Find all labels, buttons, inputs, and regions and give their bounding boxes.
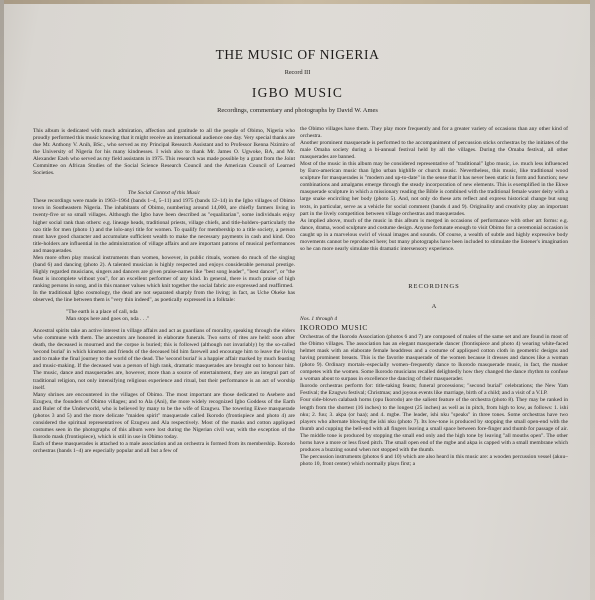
body-paragraph: Men more often play musical instruments …	[33, 255, 295, 290]
body-paragraph: In the traditional Igbo cosmology, the d…	[33, 290, 295, 304]
album-title: IGBO MUSIC	[0, 85, 595, 101]
band-title: IKORODO MUSIC	[300, 324, 568, 331]
page-header: THE MUSIC OF NIGERIA Record III IGBO MUS…	[0, 40, 595, 114]
dedication-paragraph: This album is dedicated with much admira…	[33, 128, 295, 177]
folktale-quote: "The earth is a place of call, nda Man s…	[66, 309, 295, 323]
body-paragraph: the Obimo villages have them. They play …	[300, 126, 568, 140]
side-label: A	[300, 303, 568, 310]
credits-line: Recordings, commentary and photographs b…	[0, 107, 595, 114]
right-column: the Obimo villages have them. They play …	[300, 126, 568, 468]
page-top-edge	[0, 0, 595, 4]
body-paragraph: Ancestral spirits take an active interes…	[33, 328, 295, 391]
band-paragraph: Four side-blown calabash horns (opu Ikor…	[300, 397, 568, 453]
body-paragraph: Each of these masquerades is attached to…	[33, 441, 295, 455]
band-paragraph: Orchestras of the Ikorodo Association (p…	[300, 334, 568, 383]
band-paragraph: The percussion instruments (photos 6 and…	[300, 454, 568, 468]
body-paragraph: As implied above, much of the music in t…	[300, 218, 568, 253]
band-numbers: Nos. 1 through 4	[300, 316, 568, 323]
section-heading: The Social Context of this Music	[33, 190, 295, 197]
left-column: This album is dedicated with much admira…	[33, 128, 295, 455]
poem-line: "The earth is a place of call, nda	[66, 309, 295, 316]
poem-line: Man stops here and goes on, nda . . ."	[66, 316, 295, 323]
band-paragraph: Ikorodo orchestras perform for: title-ta…	[300, 383, 568, 397]
recordings-heading: RECORDINGS	[300, 283, 568, 290]
record-number: Record III	[0, 69, 595, 76]
series-title: THE MUSIC OF NIGERIA	[0, 47, 595, 63]
body-paragraph: Many shrines are encountered in the vill…	[33, 392, 295, 441]
body-paragraph: Most of the music in this album may be c…	[300, 161, 568, 217]
body-paragraph: These recordings were made in 1963–1964 …	[33, 198, 295, 254]
body-paragraph: Another prominent masquerade is performe…	[300, 140, 568, 161]
